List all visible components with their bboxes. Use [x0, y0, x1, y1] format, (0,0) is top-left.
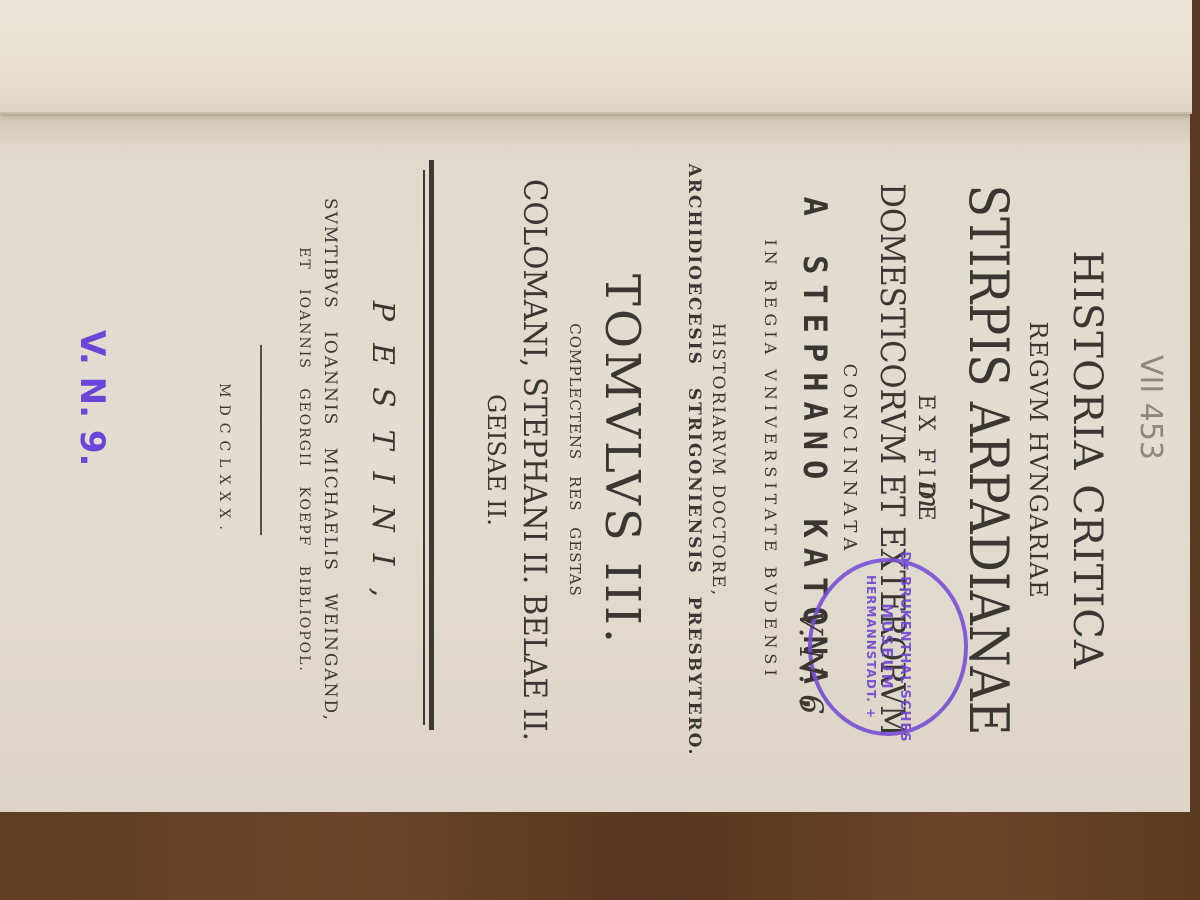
ink-note-m: m: [911, 480, 946, 508]
volume-number: TOMVLVS III.: [594, 130, 650, 790]
museum-stamp-text: Dr BRUKENTHAL'SCHES MUSEUM HERMANNSTADT.…: [864, 551, 912, 742]
imprint-place: PESTINI,: [365, 130, 400, 790]
subtitle-line-1: REGVM HVNGARIAE: [1024, 130, 1052, 790]
publisher-line-2: ET IOANNIS GEORGII KOEPF BIBLIOPOL.: [296, 130, 312, 790]
book-title: HISTORIA CRITICA: [1064, 130, 1110, 790]
author-credential-1: IN REGIA VNIVERSITATE BVDENSI: [761, 130, 780, 790]
publisher-line-1: SVMTIBVS IOANNIS MICHAELIS WEINGAND,: [320, 130, 340, 790]
kings-line-2: GEISAE II.: [482, 130, 510, 790]
pencil-inventory-note: VII 453: [1133, 355, 1168, 460]
short-rule: [260, 345, 262, 535]
facing-blank-page: [0, 0, 1192, 114]
double-rule-thin: [423, 170, 425, 725]
volume-description: COMPLECTENS RES GESTAS: [566, 130, 584, 790]
stamp-line-3: HERMANNSTADT. +: [864, 551, 878, 742]
author-credential-2: HISTORIARVM DOCTORE,: [708, 130, 728, 790]
ink-note-vn: V. N. 6: [792, 610, 830, 715]
museum-stamp: Dr BRUKENTHAL'SCHES MUSEUM HERMANNSTADT.…: [808, 558, 968, 736]
double-rule-thick: [429, 160, 434, 730]
stamp-line-2: MUSEUM: [878, 551, 896, 742]
title-page-text-block: HISTORIA CRITICA REGVM HVNGARIAE STIRPIS…: [60, 130, 1160, 790]
shelfmark-stamp: V. N. 9.: [72, 330, 112, 466]
kings-line-1: COLOMANI, STEPHANI II. BELAE II.: [516, 156, 554, 763]
stamp-line-1: Dr BRUKENTHAL'SCHES: [896, 551, 912, 742]
imprint-year: MDCCLXXX.: [216, 130, 232, 790]
author-credential-3: ARCHIDIOECESIS STRIGONIENSIS PRESBYTERO.: [684, 130, 704, 790]
